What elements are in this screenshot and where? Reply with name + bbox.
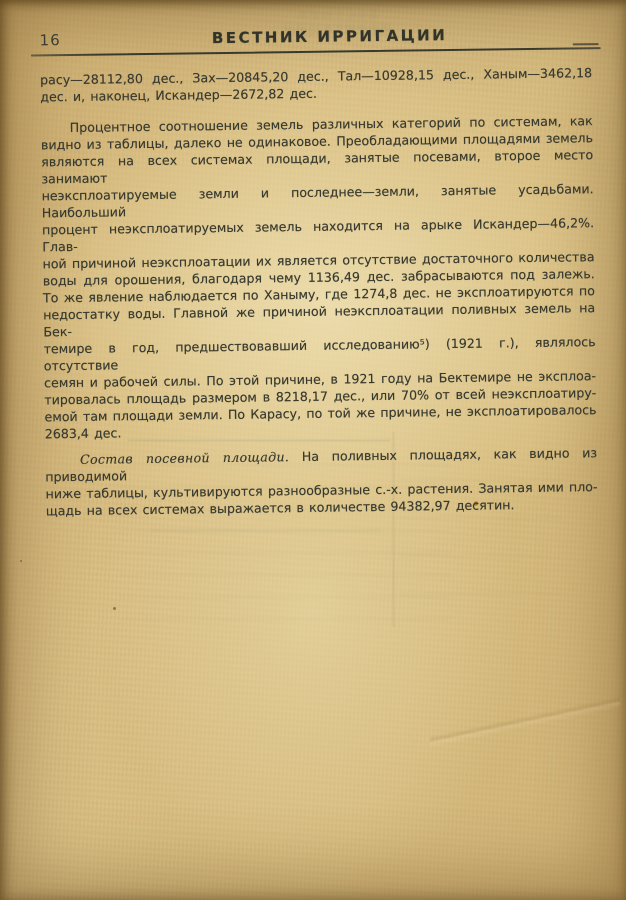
page-number: 16 — [39, 31, 101, 50]
ink-speck-2 — [20, 560, 22, 562]
ink-speck — [113, 607, 116, 610]
scanned-journal-page: ВЕСТНИК ИРРИГАЦИИ 16 ВЕСТНИК ИРРИГАЦИИ р… — [0, 0, 626, 900]
running-head: 16 ВЕСТНИК ИРРИГАЦИИ — [39, 0, 592, 56]
printed-content: 16 ВЕСТНИК ИРРИГАЦИИ расу—28112,80 дес.,… — [39, 0, 598, 519]
running-head-row: 16 ВЕСТНИК ИРРИГАЦИИ — [39, 24, 591, 49]
paragraph-land-percentages: Процентное соотношение земель различных … — [41, 112, 597, 442]
journal-title: ВЕСТНИК ИРРИГАЦИИ — [101, 25, 557, 49]
paper-crease — [430, 690, 620, 750]
paragraph-carryover: расу—28112,80 дес., Зах—20845,20 дес., Т… — [40, 64, 592, 105]
italic-lead-phrase: Состав посевной площади. — [80, 449, 289, 467]
paragraph-crop-composition: Состав посевной площади. На поливных пло… — [45, 444, 598, 519]
ghost-table-horizontal-rule-2 — [150, 530, 380, 531]
running-head-rule — [31, 47, 601, 56]
running-head-rule-tail — [573, 43, 599, 45]
